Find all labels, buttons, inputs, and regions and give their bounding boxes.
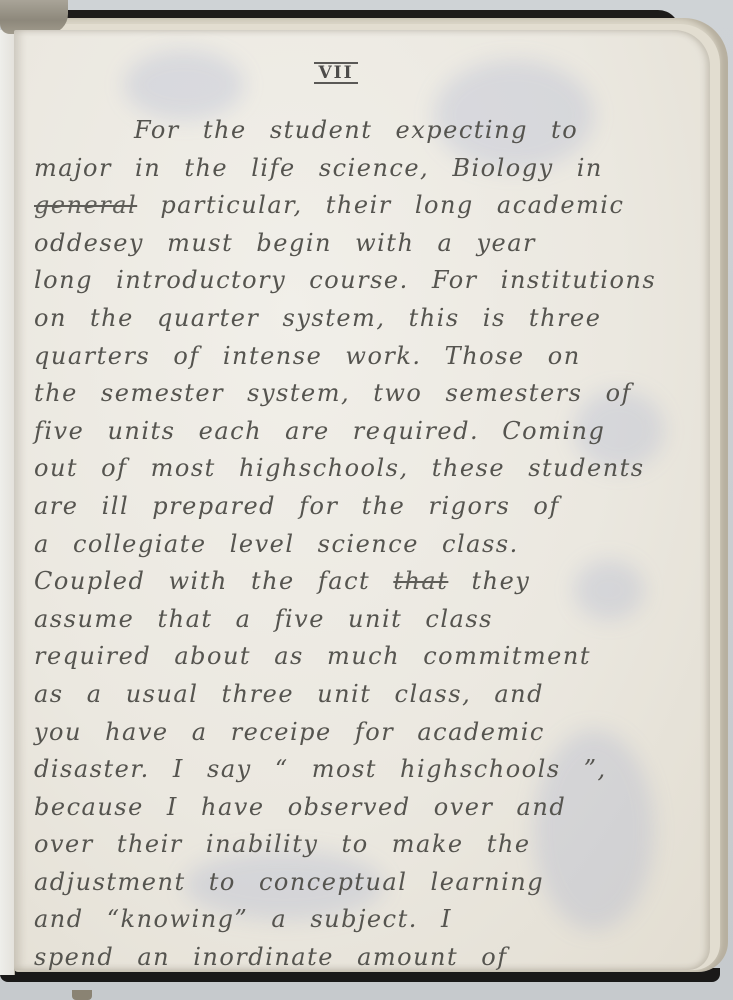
line-text: out of most highschools, these students	[34, 454, 645, 482]
text-line: the semester system, two semesters of	[34, 375, 674, 413]
line-text: the semester system, two semesters of	[34, 379, 632, 407]
text-line: over their inability to make the	[34, 826, 674, 864]
line-text: a collegiate level science class.	[34, 530, 519, 558]
text-line: are ill prepared for the rigors of	[34, 488, 674, 526]
text-line: long introductory course. For institutio…	[34, 262, 674, 300]
text-line: a collegiate level science class.	[34, 526, 674, 564]
line-text: major in the life science, Biology in	[34, 154, 603, 182]
text-line: you have a receipe for academic	[34, 714, 674, 752]
struck-word: general	[34, 191, 137, 219]
line-text: they	[448, 567, 530, 595]
text-line: required about as much commitment	[34, 638, 674, 676]
line-text: disaster. I say “ most highschools ”,	[34, 755, 607, 783]
line-text: because I have observed over and	[34, 793, 566, 821]
text-line: on the quarter system, this is three	[34, 300, 674, 338]
line-text: as a usual three unit class, and	[34, 680, 544, 708]
text-line: as a usual three unit class, and	[34, 676, 674, 714]
line-text: are ill prepared for the rigors of	[34, 492, 560, 520]
text-line: because I have observed over and	[34, 789, 674, 827]
line-text: spend an inordinate amount of	[34, 943, 508, 970]
line-text: over their inability to make the	[34, 830, 531, 858]
line-text: assume that a five unit class	[34, 605, 493, 633]
text-line: assume that a five unit class	[34, 601, 674, 639]
line-text: particular, their long academic	[137, 191, 624, 219]
text-line: and “knowing” a subject. I	[34, 901, 674, 939]
line-text: five units each are required. Coming	[34, 417, 605, 445]
struck-word: that	[393, 567, 448, 595]
handwritten-text: For the student expecting to major in th…	[34, 112, 674, 970]
text-line: five units each are required. Coming	[34, 413, 674, 451]
text-line: Coupled with the fact that they	[34, 563, 674, 601]
line-text: adjustment to conceptual learning	[34, 868, 544, 896]
text-line: quarters of intense work. Those on	[34, 338, 674, 376]
line-text: on the quarter system, this is three	[34, 304, 601, 332]
text-line: For the student expecting to	[34, 112, 674, 150]
line-text: and “knowing” a subject. I	[34, 905, 452, 933]
text-line: spend an inordinate amount of	[34, 939, 674, 970]
facing-page-edge	[0, 30, 15, 975]
line-text: you have a receipe for academic	[34, 718, 545, 746]
text-line: general particular, their long academic	[34, 187, 674, 225]
line-text: long introductory course. For institutio…	[34, 266, 656, 294]
ink-stain	[124, 50, 244, 120]
text-line: disaster. I say “ most highschools ”,	[34, 751, 674, 789]
text-line: out of most highschools, these students	[34, 450, 674, 488]
line-text: quarters of intense work. Those on	[34, 342, 581, 370]
line-text: Coupled with the fact	[34, 567, 393, 595]
line-text: For the student expecting to	[134, 116, 578, 144]
line-text: oddesey must begin with a year	[34, 229, 536, 257]
bookmark-ribbon-tail-icon	[72, 990, 92, 1000]
text-line: major in the life science, Biology in	[34, 150, 674, 188]
line-text: required about as much commitment	[34, 642, 591, 670]
text-line: adjustment to conceptual learning	[34, 864, 674, 902]
page-heading: VII	[314, 62, 358, 84]
bookmark-ribbon-icon	[0, 0, 68, 34]
text-line: oddesey must begin with a year	[34, 225, 674, 263]
notebook-page: VII For the student expecting to major i…	[14, 30, 710, 970]
